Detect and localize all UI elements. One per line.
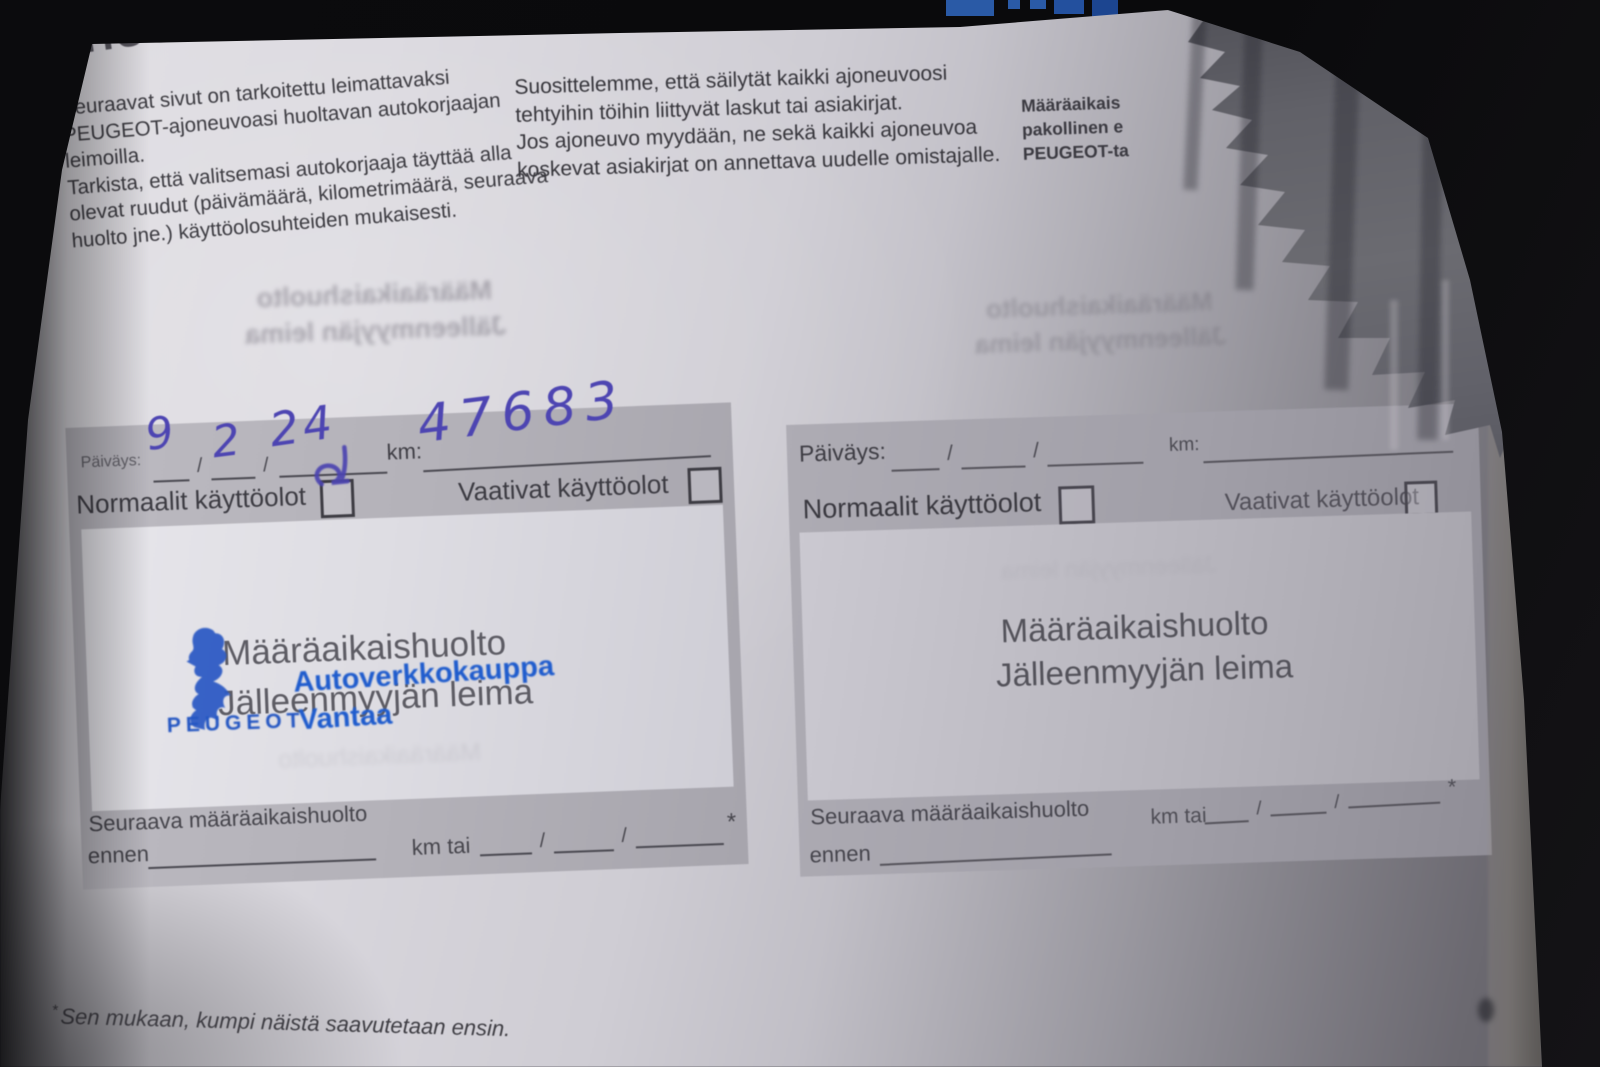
service-entry-box-left: Päiväys: / / km: 9 2 24 47683 Normaalit … [65,402,748,889]
footnote-asterisk: * [1447,774,1456,800]
adjacent-page-stripe-2 [1008,0,1020,9]
km-or-blank-3 [636,843,724,848]
spine-shadow [0,0,150,1067]
km-or-blank-1 [480,852,532,856]
adjacent-page-stripe-3 [1030,0,1046,9]
checkbox-demanding-conditions [687,467,722,504]
km-label: km: [1169,434,1200,457]
adjacent-page-stripes [946,0,994,16]
km-blank [1203,451,1453,463]
next-service-label: Seuraava määräaikaishuolto [810,796,1090,831]
dealer-stamp-city: Vantaa [298,698,393,737]
service-entry-box-right: Päiväys: / / km: Normaalit käyttöolot Va… [786,403,1492,877]
date-label: Päiväys: [799,438,887,468]
km-or-slash-2: / [621,825,627,848]
ink-smudge [1478,998,1494,1022]
stain-pale-streak-1 [1390,300,1398,450]
handwritten-check-mark [306,443,364,509]
adjacent-page-stripe-4 [1054,0,1084,14]
next-service-blank [148,858,376,869]
intro-right-paragraph: Määräaikais pakollinen e PEUGEOT-ta [1021,90,1129,166]
stain-pale-streak-2 [1442,280,1449,440]
page-edge [1488,128,1542,1067]
date-day-blank [892,468,940,472]
normal-conditions-label: Normaalit käyttöolot [802,487,1041,525]
km-or-slash-1: / [539,830,545,853]
date-slash-2: / [1033,439,1040,463]
km-or-blank-1 [1205,820,1249,824]
km-label: km: [386,438,422,465]
demanding-conditions-label: Vaativat käyttöolot [458,469,670,508]
km-or-slash-2: / [1334,792,1340,814]
bleed-through-text-left: Määräaikaishuolto Jälleenmyyjän leima [194,270,556,355]
photo-frame: Määräaikaishuolto Jälleenmyyjän leima Mä… [0,0,1600,1067]
km-or-slash-1: / [1256,798,1262,820]
bleed-through-text-right: Määräaikaishuolto Jälleenmyyjän leima [929,282,1271,364]
intro-middle-paragraph: Suosittelemme, että säilytät kaikki ajon… [514,58,1001,184]
next-service-blank [880,853,1112,866]
date-slash-2: / [263,454,269,477]
date-month-blank [961,465,1025,469]
demanding-conditions-label: Vaativat käyttöolot [1224,483,1419,517]
checkbox-normal-conditions [1058,485,1095,524]
footnote-asterisk: * [726,808,736,836]
handwritten-date-month: 2 [209,414,243,468]
checkbox-demanding-conditions [1404,481,1438,517]
km-or-blank-2 [554,849,614,853]
date-month-blank [211,477,255,481]
km-or-label: km tai [1150,804,1207,830]
before-label: ennen [809,841,871,869]
date-slash-1: / [947,442,954,466]
km-or-blank-3 [1348,802,1440,809]
date-year-blank [1047,462,1143,467]
date-slash-1: / [197,455,203,478]
km-or-label: km tai [411,833,471,861]
date-day-blank [153,479,189,482]
km-or-blank-2 [1271,812,1327,817]
service-book-page: Määräaikaishuolto Jälleenmyyjän leima Mä… [0,0,1600,1067]
